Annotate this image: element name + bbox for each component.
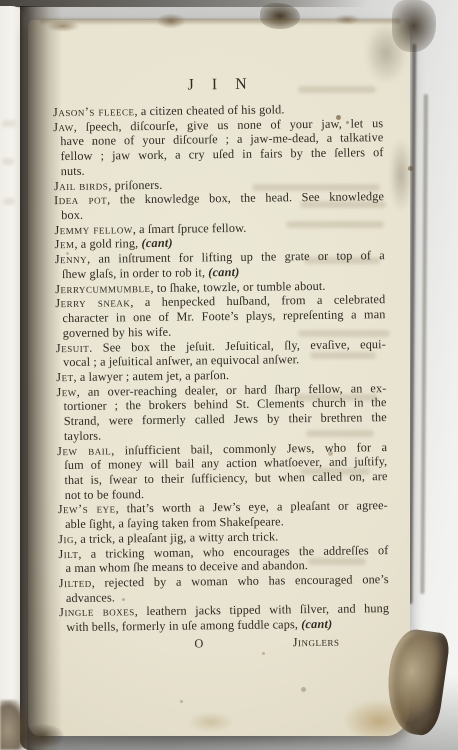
entry-headword: Jaw: [53, 120, 74, 134]
entry-headword: Jerrycummumble: [55, 281, 150, 296]
entry-headword: Jew bail: [57, 443, 111, 458]
entry-headword: Jemmy fellow: [54, 222, 133, 237]
facing-page-curl: [0, 700, 26, 750]
entry-headword: Jingle boxes: [59, 605, 135, 620]
entry-headword: Jew’s eye: [58, 502, 116, 517]
cant-label: (cant): [141, 236, 172, 250]
cant-label: (cant): [208, 265, 239, 279]
entry-headword: Jerry sneak: [55, 296, 130, 311]
edge-streak: [420, 94, 427, 594]
entry-headword: Jet: [56, 370, 73, 384]
photo-of-book-page: J I N Jason’s fleece, a citizen cheated …: [0, 0, 458, 750]
entry-headword: Jesuit: [56, 340, 89, 354]
entry-line: with bells, formerly in uſe among fuddle…: [59, 616, 389, 635]
entry-headword: Jail birds: [54, 178, 109, 193]
entry-headword: Jilt: [58, 546, 78, 560]
entries-list: Jason’s fleece, a citizen cheated of his…: [53, 101, 389, 635]
text-column: J I N Jason’s fleece, a citizen cheated …: [53, 74, 390, 654]
running-head: J I N: [53, 74, 383, 96]
entry-headword: Jew: [56, 385, 76, 399]
cant-label: (cant): [301, 617, 332, 631]
catchword: Jinglers: [293, 635, 340, 651]
entry-headword: Jig: [58, 532, 74, 546]
entry-headword: Jason’s fleece: [53, 104, 135, 119]
signature-mark: O: [194, 636, 203, 651]
entry-headword: Jilted: [59, 576, 92, 590]
entry-headword: Jem: [55, 237, 75, 251]
entry-headword: Idea pot: [54, 193, 107, 208]
entry-headword: Jenny: [55, 252, 87, 266]
